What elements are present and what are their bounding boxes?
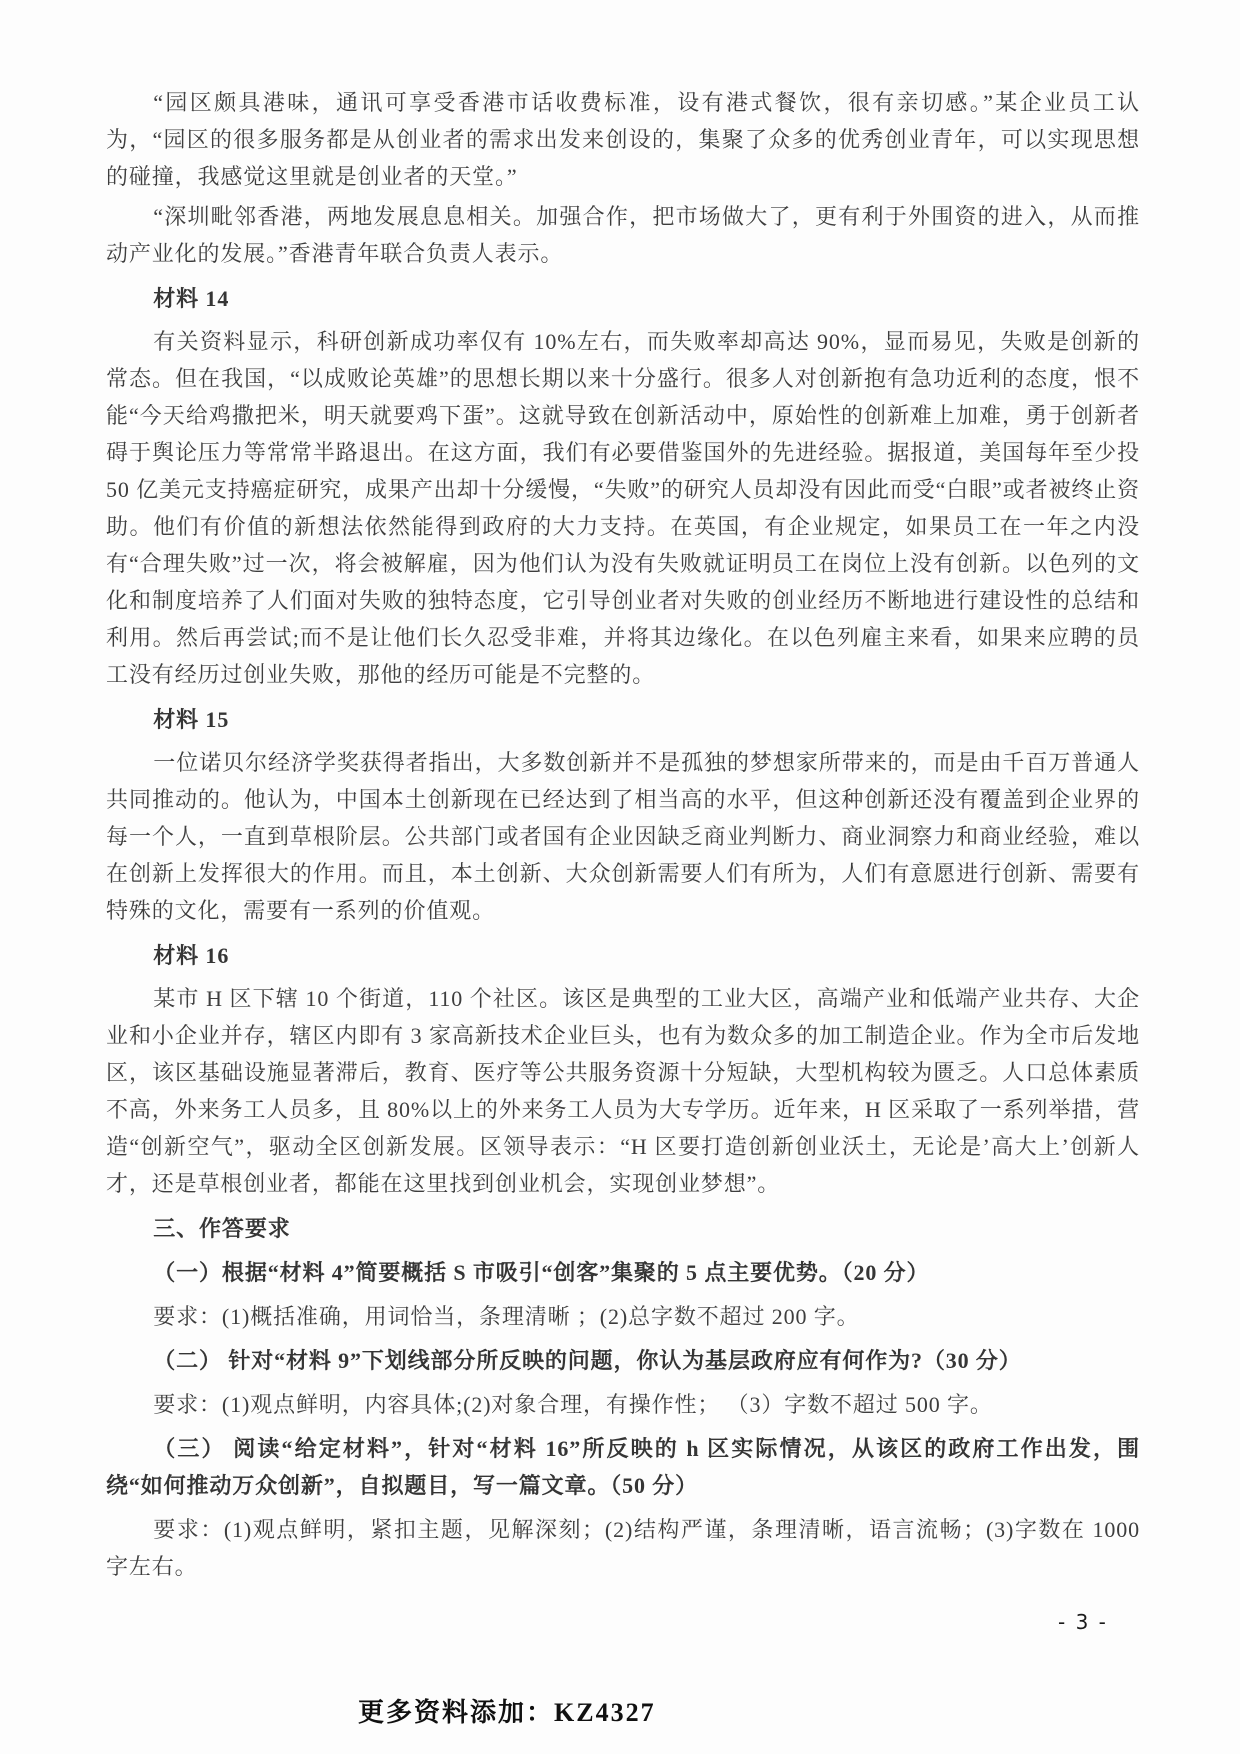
question-1-requirements: 要求：(1)概括准确，用词恰当，条理清晰 ；(2)总字数不超过 200 字。 [106,1298,1140,1335]
document-page: “园区颇具港味，通讯可享受香港市话收费标准，设有港式餐饮，很有亲切感。”某企业员… [0,0,1240,1754]
page-number: - 3 - [1058,1610,1108,1634]
question-2-requirements: 要求：(1)观点鲜明，内容具体;(2)对象合理，有操作性； （3）字数不超过 5… [106,1386,1140,1423]
question-3-requirements: 要求：(1)观点鲜明，紧扣主题，见解深刻；(2)结构严谨，条理清晰，语言流畅；(… [106,1511,1140,1585]
question-2: （二） 针对“材料 9”下划线部分所反映的问题，你认为基层政府应有何作为?（30… [106,1342,1140,1379]
heading-material-14: 材料 14 [106,280,1140,317]
question-1: （一）根据“材料 4”简要概括 S 市吸引“创客”集聚的 5 点主要优势。（20… [106,1254,1140,1291]
heading-answer-requirements: 三、作答要求 [106,1210,1140,1247]
paragraph-material-16: 某市 H 区下辖 10 个街道，110 个社区。该区是典型的工业大区，高端产业和… [106,980,1140,1202]
question-3: （三） 阅读“给定材料”，针对“材料 16”所反映的 h 区实际情况，从该区的政… [106,1430,1140,1504]
paragraph-material-14: 有关资料显示，科研创新成功率仅有 10%左右，而失败率却高达 90%，显而易见，… [106,323,1140,693]
heading-material-15: 材料 15 [106,701,1140,738]
paragraph-shenzhen-hk: “深圳毗邻香港，两地发展息息相关。加强合作，把市场做大了，更有利于外围资的进入，… [106,198,1140,272]
paragraph-material-15: 一位诺贝尔经济学奖获得者指出，大多数创新并不是孤独的梦想家所带来的，而是由千百万… [106,744,1140,929]
page-body: “园区颇具港味，通讯可享受香港市话收费标准，设有港式餐饮，很有亲切感。”某企业员… [106,84,1140,1590]
paragraph-hk-park-quote: “园区颇具港味，通讯可享受香港市话收费标准，设有港式餐饮，很有亲切感。”某企业员… [106,84,1140,195]
footer-note: 更多资料添加：KZ4327 [358,1692,656,1729]
heading-material-16: 材料 16 [106,937,1140,974]
